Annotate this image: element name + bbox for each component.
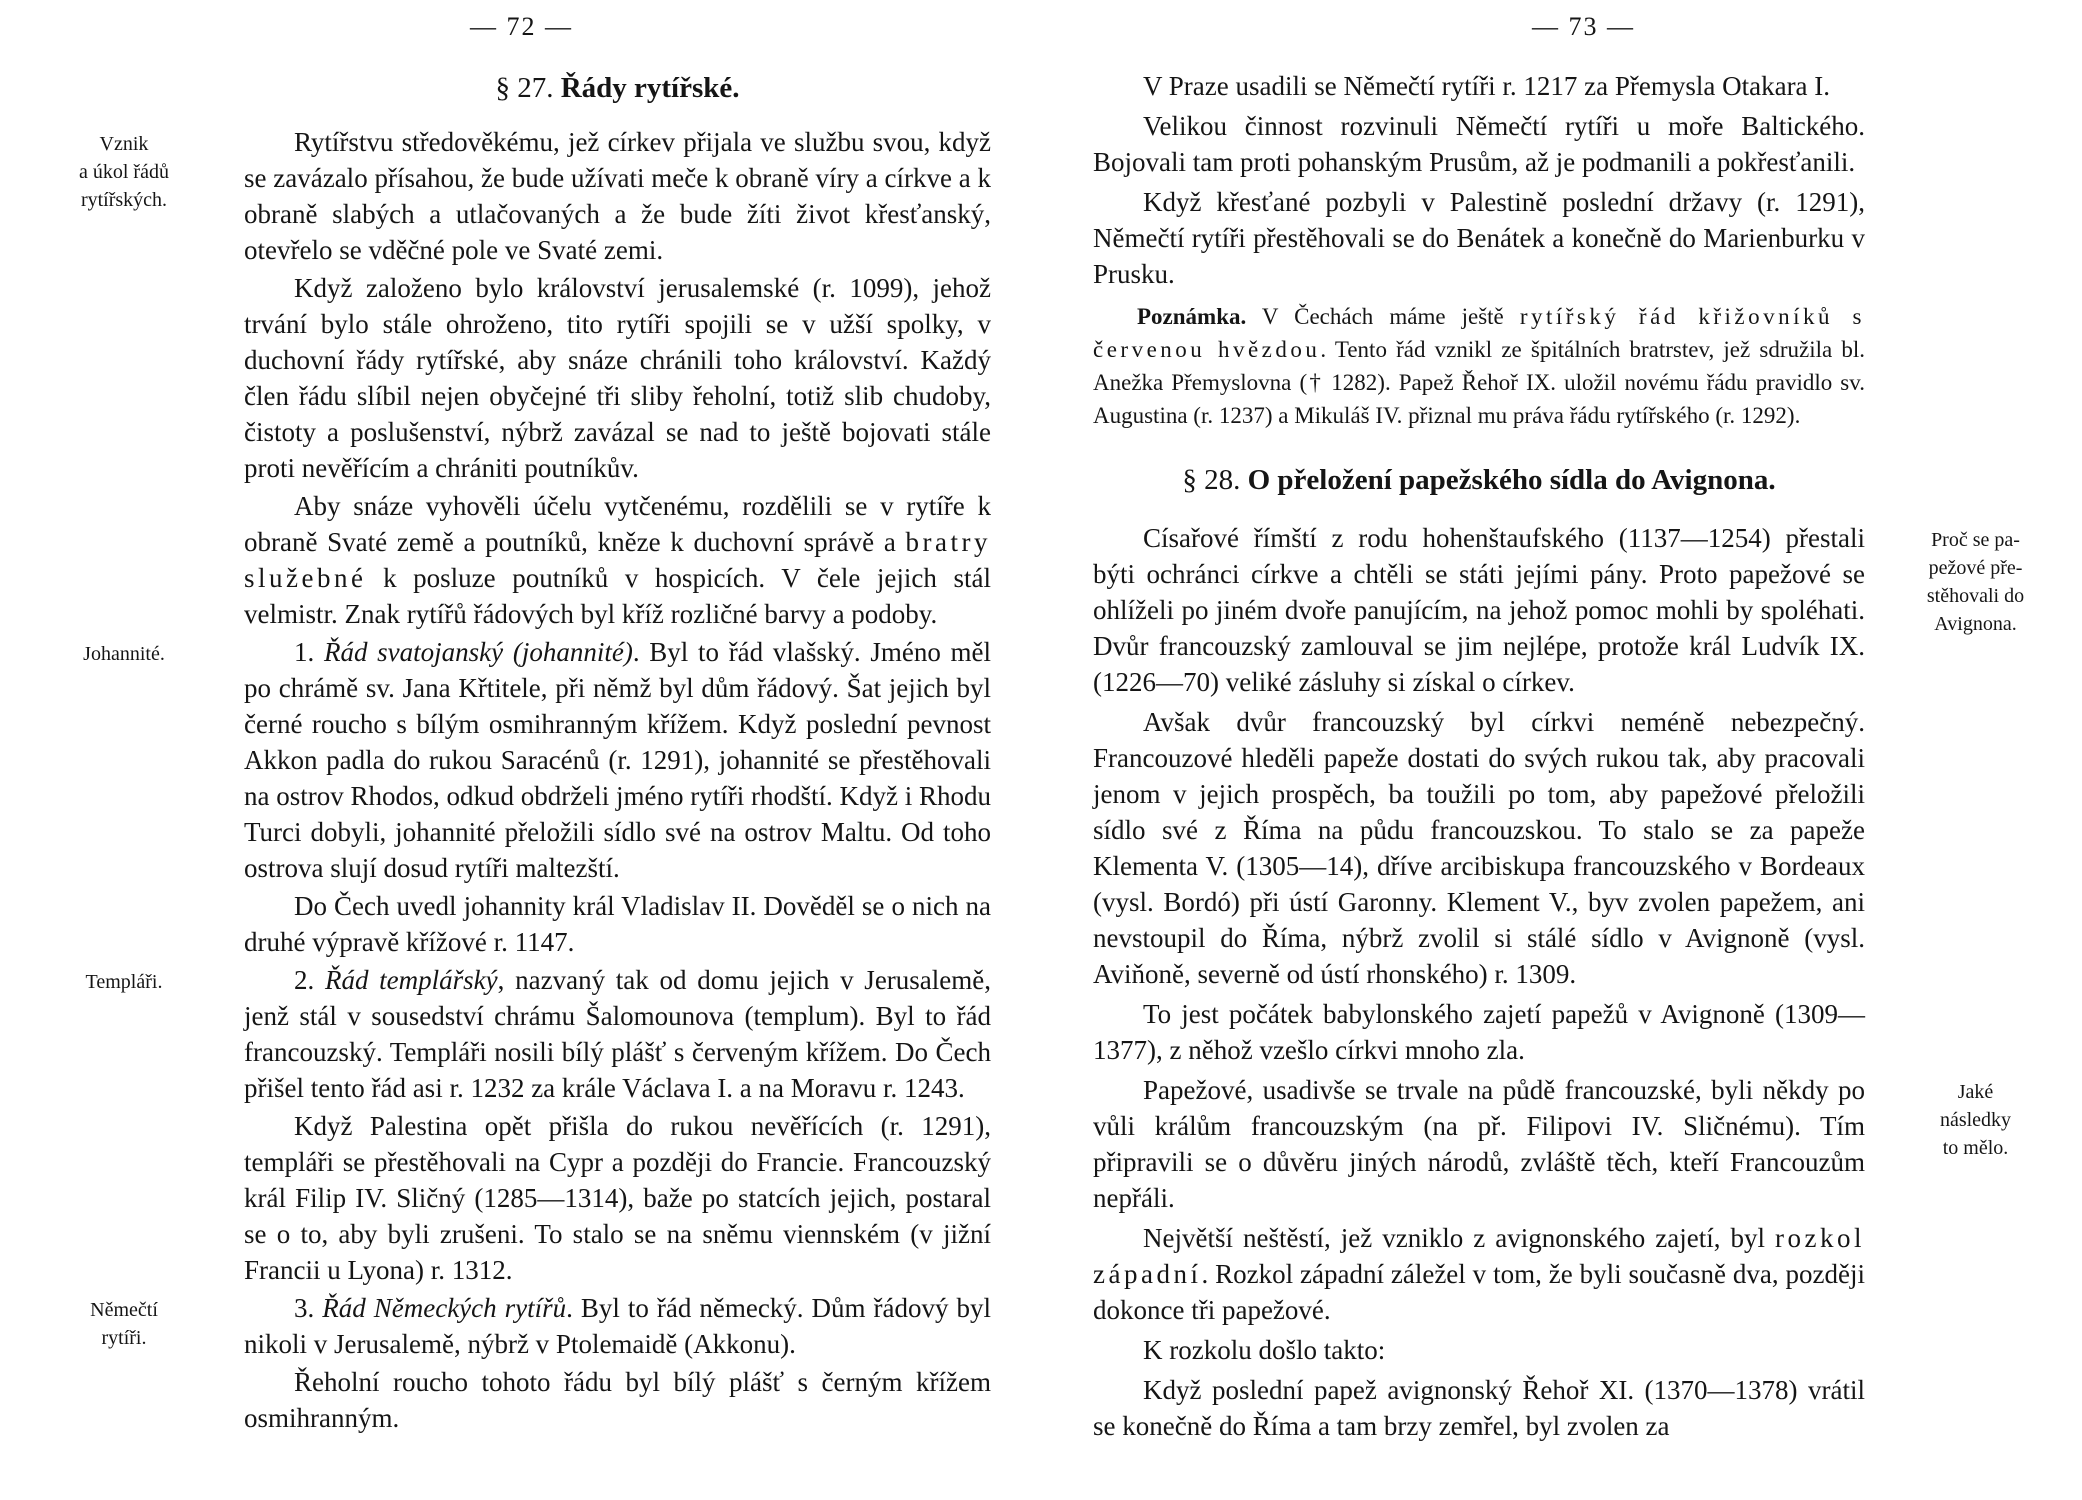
margin-cell: Jaké následky to mělo. — [1865, 1072, 2074, 1162]
margin-note-consequences: Jaké následky to mělo. — [1881, 1078, 2070, 1162]
paragraph-row: Když založeno bylo království jerusalems… — [22, 270, 1021, 486]
paragraph-row: To jest počátek babylonského zajetí pape… — [1093, 996, 2074, 1068]
text-cell: Avšak dvůr francouzský byl církvi neméně… — [1093, 704, 1865, 992]
margin-note-teutonic: Němečtí rytíři. — [30, 1296, 218, 1352]
paragraph-row: Aby snáze vyhověli účelu vytčenému, rozd… — [22, 488, 1021, 632]
paragraph: Avšak dvůr francouzský byl církvi neméně… — [1093, 704, 1865, 992]
margin-note-origin: Vznik a úkol řádů rytířských. — [30, 130, 218, 214]
paragraph-row: Vznik a úkol řádů rytířských. Rytířstvu … — [22, 124, 1021, 268]
margin-cell: Proč se pa- pežové pře- stěhovali do Avi… — [1865, 520, 2074, 638]
paragraph-text: Aby snáze vyhověli účelu vytčenému, rozd… — [244, 491, 991, 557]
note-row: Poznámka. V Čechách máme ještě rytířský … — [1093, 296, 2074, 432]
paragraph-row: Když poslední papež avignonský Řehoř XI.… — [1093, 1372, 2074, 1444]
text-cell: Aby snáze vyhověli účelu vytčenému, rozd… — [244, 488, 991, 632]
margin-cell — [22, 270, 244, 276]
margin-cell — [1865, 108, 2074, 114]
paragraph: 3. Řád Německých rytířů. Byl to řád něme… — [244, 1290, 991, 1362]
margin-cell — [1865, 184, 2074, 190]
paragraph: Aby snáze vyhověli účelu vytčenému, rozd… — [244, 488, 991, 632]
text-cell: K rozkolu došlo takto: — [1093, 1332, 1865, 1368]
paragraph: Když křesťané pozbyli v Palestině posled… — [1093, 184, 1865, 292]
paragraph-row: Císařové římští z rodu hohenštaufského (… — [1093, 520, 2074, 700]
text-cell: Největší neštěstí, jež vzniklo z avignon… — [1093, 1220, 1865, 1328]
text-cell: Rytířstvu středověkému, jež církev přija… — [244, 124, 991, 268]
margin-cell — [1865, 68, 2074, 74]
margin-cell — [22, 1108, 244, 1114]
paragraph: Císařové římští z rodu hohenštaufského (… — [1093, 520, 1865, 700]
paragraph: Papežové, usadivše se trvale na půdě fra… — [1093, 1072, 1865, 1216]
paragraph: Když poslední papež avignonský Řehoř XI.… — [1093, 1372, 1865, 1444]
paragraph: Do Čech uvedl johannity král Vladislav I… — [244, 888, 991, 960]
paragraph-text: Největší neštěstí, jež vzniklo z avignon… — [1143, 1223, 1775, 1253]
paragraph-row: Do Čech uvedl johannity král Vladislav I… — [22, 888, 1021, 960]
section-number: § 28. — [1182, 464, 1240, 496]
text-cell: V Praze usadili se Němečtí rytíři r. 121… — [1093, 68, 1865, 104]
text-cell: § 27. Řády rytířské. — [244, 68, 991, 122]
book-scan-spread: — 72 — § 27. Řády rytířské. Vznik a úkol… — [0, 0, 2082, 1500]
text-cell: Papežové, usadivše se trvale na půdě fra… — [1093, 1072, 1865, 1216]
paragraph: 2. Řád templářský, nazvaný tak od domu j… — [244, 962, 991, 1106]
text-cell: Velikou činnost rozvinuli Němečtí rytíři… — [1093, 108, 1865, 180]
margin-cell: Templáři. — [22, 962, 244, 996]
text-cell: Když Palestina opět přišla do rukou nevě… — [244, 1108, 991, 1288]
margin-cell: Němečtí rytíři. — [22, 1290, 244, 1352]
text-cell: To jest počátek babylonského zajetí pape… — [1093, 996, 1865, 1068]
text-cell: Když křesťané pozbyli v Palestině posled… — [1093, 184, 1865, 292]
page-73: — 73 — V Praze usadili se Němečtí rytíři… — [1041, 0, 2082, 1500]
paragraph-row: Řeholní roucho tohoto řádu byl bílý pláš… — [22, 1364, 1021, 1436]
text-cell: Do Čech uvedl johannity král Vladislav I… — [244, 888, 991, 960]
paragraph-row: Templáři. 2. Řád templářský, nazvaný tak… — [22, 962, 1021, 1106]
margin-cell: Johannité. — [22, 634, 244, 668]
order-name-italic: Řád Německých rytířů — [322, 1293, 566, 1323]
margin-note-johannites: Johannité. — [30, 640, 218, 668]
page-number-left: — 72 — — [22, 12, 1021, 42]
paragraph-row: Největší neštěstí, jež vzniklo z avignon… — [1093, 1220, 2074, 1328]
text-cell: Řeholní roucho tohoto řádu byl bílý pláš… — [244, 1364, 991, 1436]
margin-cell — [22, 888, 244, 894]
paragraph: To jest počátek babylonského zajetí pape… — [1093, 996, 1865, 1068]
paragraph: Rytířstvu středověkému, jež církev přija… — [244, 124, 991, 268]
item-number: 2. — [294, 965, 325, 995]
margin-cell — [1865, 996, 2074, 1002]
margin-cell — [22, 1364, 244, 1370]
text-cell: 1. Řád svatojanský (johannité). Byl to ř… — [244, 634, 991, 886]
paragraph-row: Velikou činnost rozvinuli Němečtí rytíři… — [1093, 108, 2074, 180]
remark-label: Poznámka. — [1137, 304, 1246, 329]
text-cell: § 28. O přeložení papežského sídla do Av… — [1093, 436, 1865, 516]
page-72: — 72 — § 27. Řády rytířské. Vznik a úkol… — [0, 0, 1041, 1500]
section-title: O přeložení papežského sídla do Avignona… — [1248, 464, 1776, 496]
paragraph-row: Johannité. 1. Řád svatojanský (johannité… — [22, 634, 1021, 886]
margin-cell — [1865, 296, 2074, 302]
heading-row-28: § 28. O přeložení papežského sídla do Av… — [1093, 436, 2074, 516]
text-cell: Poznámka. V Čechách máme ještě rytířský … — [1093, 296, 1865, 432]
paragraph-text: . Byl to řád vlašský. Jméno měl po chrám… — [244, 637, 991, 883]
paragraph-row: Když Palestina opět přišla do rukou nevě… — [22, 1108, 1021, 1288]
page-number-right: — 73 — — [1093, 12, 2074, 42]
paragraph-row: Papežové, usadivše se trvale na půdě fra… — [1093, 1072, 2074, 1216]
margin-cell — [22, 488, 244, 494]
margin-cell — [1865, 1372, 2074, 1378]
margin-cell — [22, 68, 244, 74]
order-name-italic: Řád templářský — [325, 965, 498, 995]
paragraph-row: K rozkolu došlo takto: — [1093, 1332, 2074, 1368]
paragraph-text: . Rozkol západní záležel v tom, že byli … — [1093, 1259, 1865, 1325]
text-cell: Císařové římští z rodu hohenštaufského (… — [1093, 520, 1865, 700]
remark-paragraph: Poznámka. V Čechách máme ještě rytířský … — [1093, 300, 1865, 432]
paragraph: Velikou činnost rozvinuli Němečtí rytíři… — [1093, 108, 1865, 180]
section-heading-28: § 28. O přeložení papežského sídla do Av… — [1093, 462, 1865, 498]
paragraph: K rozkolu došlo takto: — [1093, 1332, 1865, 1368]
paragraph: Největší neštěstí, jež vzniklo z avignon… — [1093, 1220, 1865, 1328]
margin-cell — [1865, 436, 2074, 442]
margin-cell: Vznik a úkol řádů rytířských. — [22, 124, 244, 214]
text-cell: 3. Řád Německých rytířů. Byl to řád něme… — [244, 1290, 991, 1362]
margin-cell — [1865, 1332, 2074, 1338]
paragraph: Když Palestina opět přišla do rukou nevě… — [244, 1108, 991, 1288]
margin-note-why-moved: Proč se pa- pežové pře- stěhovali do Avi… — [1881, 526, 2070, 638]
heading-row-27: § 27. Řády rytířské. — [22, 68, 1021, 122]
item-number: 1. — [294, 637, 324, 667]
section-title: Řády rytířské. — [561, 72, 740, 104]
paragraph: 1. Řád svatojanský (johannité). Byl to ř… — [244, 634, 991, 886]
order-name-italic: Řád svatojanský (johannité) — [324, 637, 633, 667]
section-heading-27: § 27. Řády rytířské. — [244, 70, 991, 106]
paragraph-text: V Čechách máme ještě — [1246, 304, 1520, 329]
item-number: 3. — [294, 1293, 322, 1323]
paragraph: Když založeno bylo království jerusalems… — [244, 270, 991, 486]
margin-cell — [1865, 1220, 2074, 1226]
section-number: § 27. — [495, 72, 553, 104]
text-cell: Když založeno bylo království jerusalems… — [244, 270, 991, 486]
paragraph: V Praze usadili se Němečtí rytíři r. 121… — [1093, 68, 1865, 104]
margin-cell — [1865, 704, 2074, 710]
paragraph-row: V Praze usadili se Němečtí rytíři r. 121… — [1093, 68, 2074, 104]
text-cell: Když poslední papež avignonský Řehoř XI.… — [1093, 1372, 1865, 1444]
text-cell: 2. Řád templářský, nazvaný tak od domu j… — [244, 962, 991, 1106]
paragraph-row: Když křesťané pozbyli v Palestině posled… — [1093, 184, 2074, 292]
paragraph-row: Avšak dvůr francouzský byl církvi neméně… — [1093, 704, 2074, 992]
paragraph: Řeholní roucho tohoto řádu byl bílý pláš… — [244, 1364, 991, 1436]
paragraph-row: Němečtí rytíři. 3. Řád Německých rytířů.… — [22, 1290, 1021, 1362]
margin-note-templars: Templáři. — [30, 968, 218, 996]
